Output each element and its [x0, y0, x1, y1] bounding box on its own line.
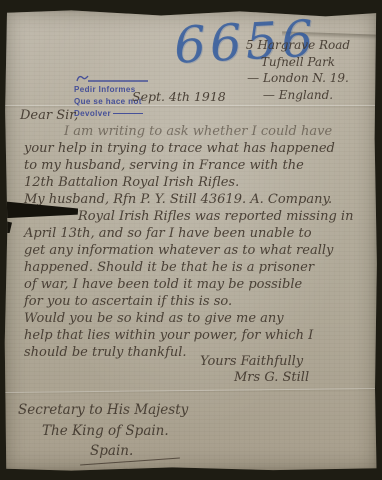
body-line: April 13th, and so far I have been unabl…: [24, 225, 374, 242]
body-line: to my husband, serving in France with th…: [24, 157, 374, 174]
paper-crease-top: [4, 105, 378, 106]
redaction-mark-small: [0, 220, 12, 233]
scanned-letter: 6656 5 Hargrave Road Tufnell Park — Lond…: [0, 0, 382, 480]
letter-date: Sept. 4th 1918: [132, 89, 226, 104]
address-line-2: Tufnell Park: [230, 54, 366, 71]
body-line: 12th Battalion Royal Irish Rifles.: [24, 174, 374, 191]
sender-address: 5 Hargrave Road Tufnell Park — London N.…: [230, 37, 366, 103]
salutation: Dear Sir,: [20, 108, 78, 123]
stamp-line-3: Devolver: [74, 108, 170, 120]
body-line: I am writing to ask whether I could have: [24, 123, 374, 140]
body-line: Would you be so kind as to give me any: [24, 310, 374, 327]
closing: Yours Faithfully Mrs G. Still: [200, 354, 309, 386]
body-line: happened. Should it be that he is a pris…: [24, 259, 374, 276]
body-line: get any information whatever as to what …: [24, 242, 374, 259]
closing-valediction: Yours Faithfully: [200, 354, 309, 370]
address-line-4: — England.: [230, 87, 366, 104]
letter-paper: 6656 5 Hargrave Road Tufnell Park — Lond…: [4, 9, 378, 472]
recipient-address: Secretary to His Majesty The King of Spa…: [18, 400, 188, 462]
paper-crease-bottom: [4, 388, 378, 393]
address-line-3: — London N. 19.: [230, 70, 366, 87]
body-line: My husband, Rfn P. Y. Still 43619. A. Co…: [24, 191, 374, 208]
body-line: help that lies within your power, for wh…: [24, 327, 374, 344]
stamp-blank-line: [113, 112, 143, 114]
body-line: of war, I have been told it may be possi…: [24, 276, 374, 293]
recipient-line-2: The King of Spain.: [42, 421, 188, 442]
body-line: your help in trying to trace what has ha…: [24, 140, 374, 157]
recipient-line-1: Secretary to His Majesty: [18, 400, 188, 421]
stamp-line-3-text: Devolver: [74, 109, 111, 118]
stamp-signature-squiggle: [74, 73, 152, 84]
body-line: for you to ascertain if this is so.: [24, 293, 374, 310]
signature: Mrs G. Still: [234, 370, 309, 386]
address-line-1: 5 Hargrave Road: [230, 37, 366, 54]
body-line: should be truly thankful.: [24, 344, 374, 361]
letter-body: I am writing to ask whether I could have…: [24, 123, 374, 361]
